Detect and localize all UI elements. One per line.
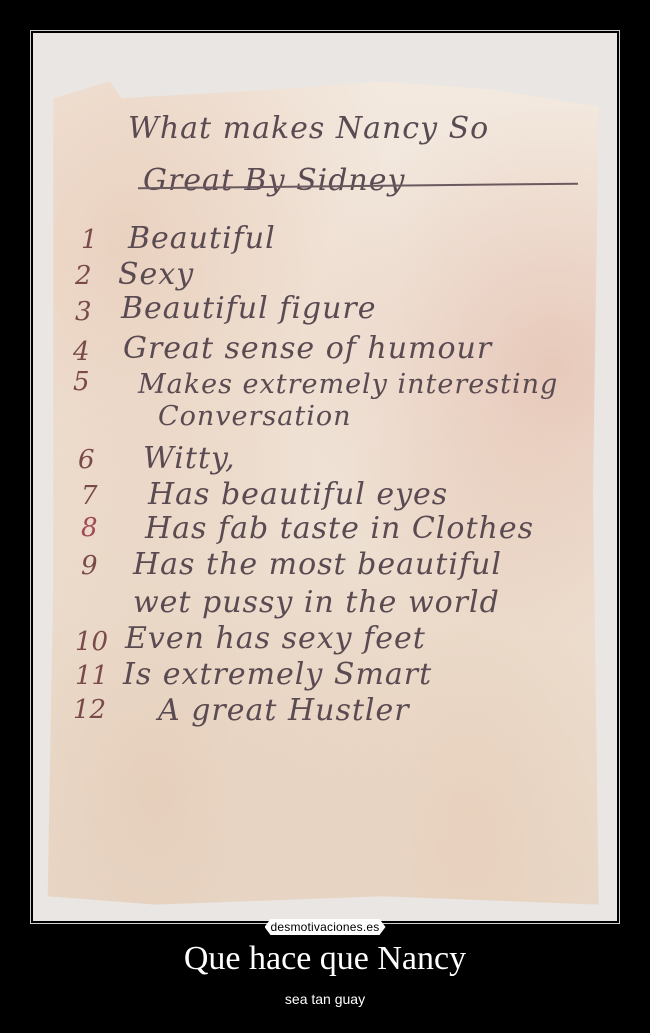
- list-item: Makes extremely interesting: [138, 369, 558, 400]
- list-item: Is extremely Smart: [123, 657, 432, 692]
- list-item: Even has sexy feet: [125, 621, 426, 656]
- list-item: Great sense of humour: [123, 331, 492, 366]
- item-number: 5: [73, 367, 90, 397]
- watermark-badge[interactable]: desmotivaciones.es: [265, 919, 386, 935]
- list-item: wet pussy in the world: [133, 585, 500, 620]
- list-item: A great Hustler: [158, 693, 410, 728]
- item-number: 11: [75, 661, 108, 691]
- list-item: Has fab taste in Clothes: [145, 511, 534, 546]
- item-number: 3: [75, 297, 92, 327]
- item-number: 2: [75, 261, 92, 291]
- list-item: Beautiful figure: [121, 291, 377, 326]
- item-number: 7: [81, 481, 98, 511]
- list-item: Witty,: [143, 441, 236, 476]
- list-item: Beautiful: [128, 221, 276, 256]
- item-number: 4: [73, 337, 90, 367]
- note-heading-line2: Great By Sidney: [143, 163, 405, 198]
- item-number: 9: [81, 551, 98, 581]
- poster-subtitle: sea tan guay: [0, 991, 650, 1007]
- note-heading-line1: What makes Nancy So: [128, 111, 489, 146]
- item-number: 6: [78, 445, 95, 475]
- list-item: Has beautiful eyes: [148, 477, 448, 512]
- item-number: 1: [81, 225, 98, 255]
- list-item: Conversation: [158, 401, 352, 432]
- item-number: 10: [75, 627, 108, 657]
- list-item: Sexy: [118, 257, 194, 292]
- list-item: Has the most beautiful: [133, 547, 502, 582]
- item-number: 8: [81, 513, 98, 543]
- poster-title: Que hace que Nancy: [0, 940, 650, 978]
- item-number: 12: [73, 695, 106, 725]
- note-photo: What makes Nancy So Great By Sidney 1 Be…: [33, 33, 617, 921]
